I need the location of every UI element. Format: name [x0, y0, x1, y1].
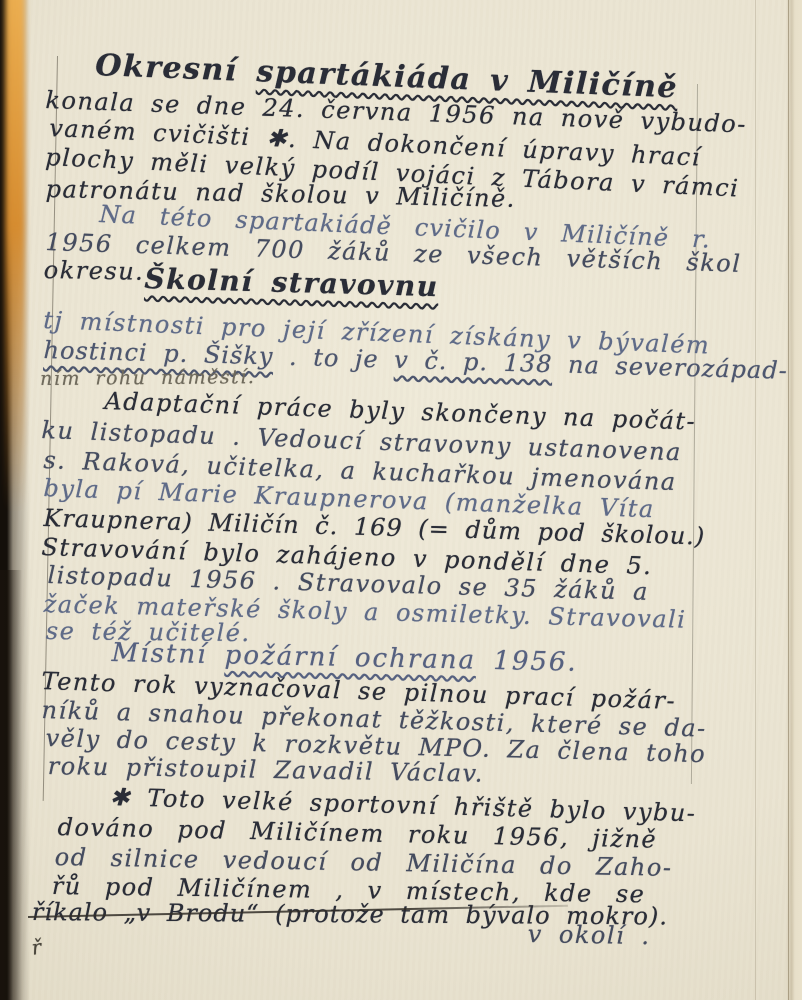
margin-mark: ř: [30, 934, 44, 959]
heading-underlined: Školní stravovnu: [144, 262, 439, 303]
handwriting-line: ním rohu náměstí.: [40, 366, 255, 390]
footnote-line-insertion: v okolí .: [528, 920, 651, 950]
line-end: na severozápad-: [552, 350, 788, 385]
page-edge-aged-orange: [5, 0, 25, 512]
book-gutter-shadow-bottom: [0, 570, 26, 1000]
heading-underlined: požární ochrana: [224, 640, 476, 675]
chronicle-page-photo: Okresní spartákiáda v Miličíně konala se…: [0, 0, 802, 1000]
right-page-edge-line: [788, 0, 789, 1000]
underlined-cp138: v č. p. 138: [394, 346, 553, 378]
section-title-skolni-stravovnu: Školní stravovnu: [144, 262, 439, 303]
handwriting-line: okresu.: [44, 256, 145, 286]
title-pre: Okresní: [95, 48, 258, 89]
line-mid: . to je: [273, 342, 395, 373]
heading-end: 1956.: [476, 646, 578, 678]
heading-pre: Místní: [111, 638, 225, 670]
page-fold-line: [755, 0, 756, 1000]
underlined-hostinec: hostinci p. Šišky: [43, 336, 274, 370]
